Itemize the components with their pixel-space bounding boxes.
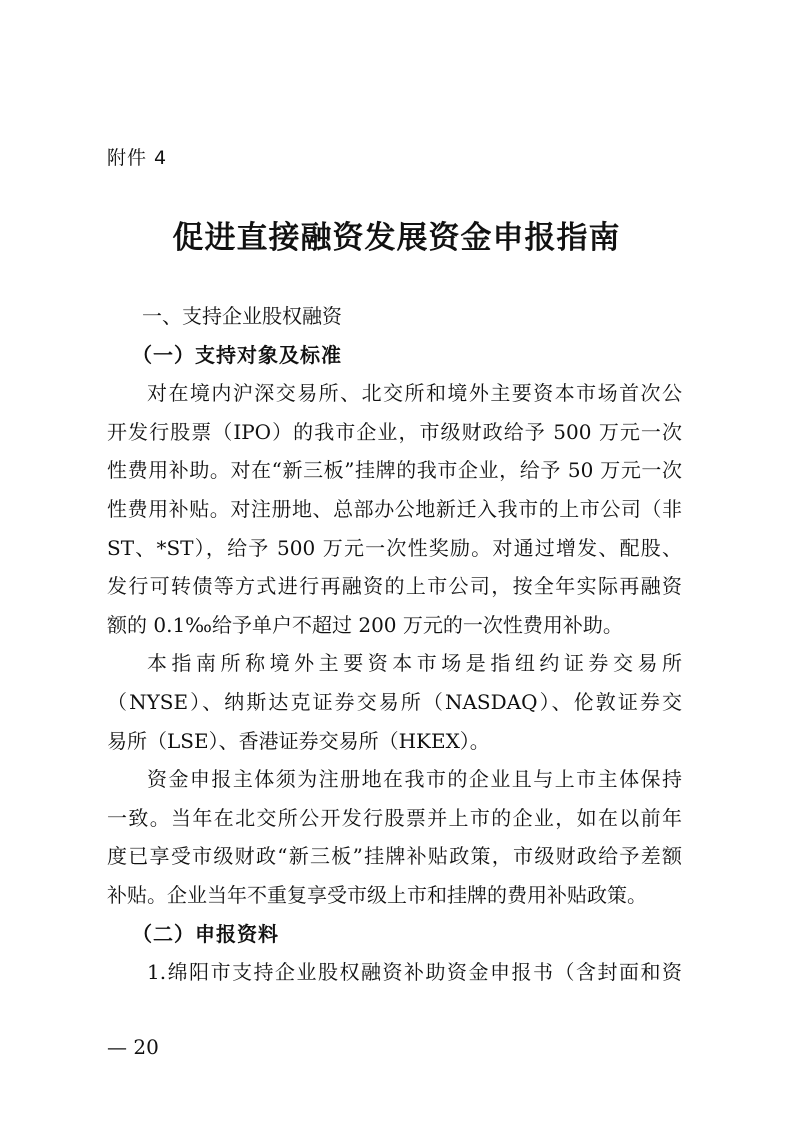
subsection-heading: （二）申报资料: [107, 915, 682, 954]
paragraph-line: 本指南所称境外主要资本市场是指纽约证券交易所: [107, 644, 682, 683]
paragraph-line: 开发行股票（IPO）的我市企业，市级财政给予 500 万元一次: [107, 413, 682, 452]
attachment-label: 附件 4: [107, 143, 167, 170]
paragraph-line: 额的 0.1‰给予单户不超过 200 万元的一次性费用补助。: [107, 606, 682, 645]
paragraph-line: 补贴。企业当年不重复享受市级上市和挂牌的费用补贴政策。: [107, 876, 682, 915]
paragraph-line: 1.绵阳市支持企业股权融资补助资金申报书（含封面和资: [107, 953, 682, 992]
paragraph-line: 资金申报主体须为注册地在我市的企业且与上市主体保持: [107, 760, 682, 799]
document-page: 附件 4 促进直接融资发展资金申报指南 一、支持企业股权融资 （一）支持对象及标…: [0, 0, 793, 1122]
paragraph-line: 性费用补助。对在“新三板”挂牌的我市企业，给予 50 万元一次: [107, 451, 682, 490]
paragraph-line: （NYSE）、纳斯达克证券交易所（NASDAQ）、伦敦证券交: [107, 683, 682, 722]
paragraph-line: 发行可转债等方式进行再融资的上市公司，按全年实际再融资: [107, 567, 682, 606]
paragraph-line: 对在境内沪深交易所、北交所和境外主要资本市场首次公: [107, 374, 682, 413]
document-title: 促进直接融资发展资金申报指南: [0, 212, 793, 257]
paragraph-line: 性费用补贴。对注册地、总部办公地新迁入我市的上市公司（非: [107, 490, 682, 529]
paragraph-line: 一致。当年在北交所公开发行股票并上市的企业，如在以前年: [107, 799, 682, 838]
paragraph-line: ST、*ST），给予 500 万元一次性奖励。对通过增发、配股、: [107, 529, 682, 568]
subsection-heading: （一）支持对象及标准: [107, 336, 682, 375]
page-number: — 20: [107, 1035, 159, 1059]
paragraph-line: 易所（LSE）、香港证券交易所（HKEX）。: [107, 722, 682, 761]
paragraph-line: 度已享受市级财政“新三板”挂牌补贴政策，市级财政给予差额: [107, 837, 682, 876]
section-heading: 一、支持企业股权融资: [107, 297, 682, 336]
document-body: 一、支持企业股权融资 （一）支持对象及标准 对在境内沪深交易所、北交所和境外主要…: [107, 297, 682, 992]
